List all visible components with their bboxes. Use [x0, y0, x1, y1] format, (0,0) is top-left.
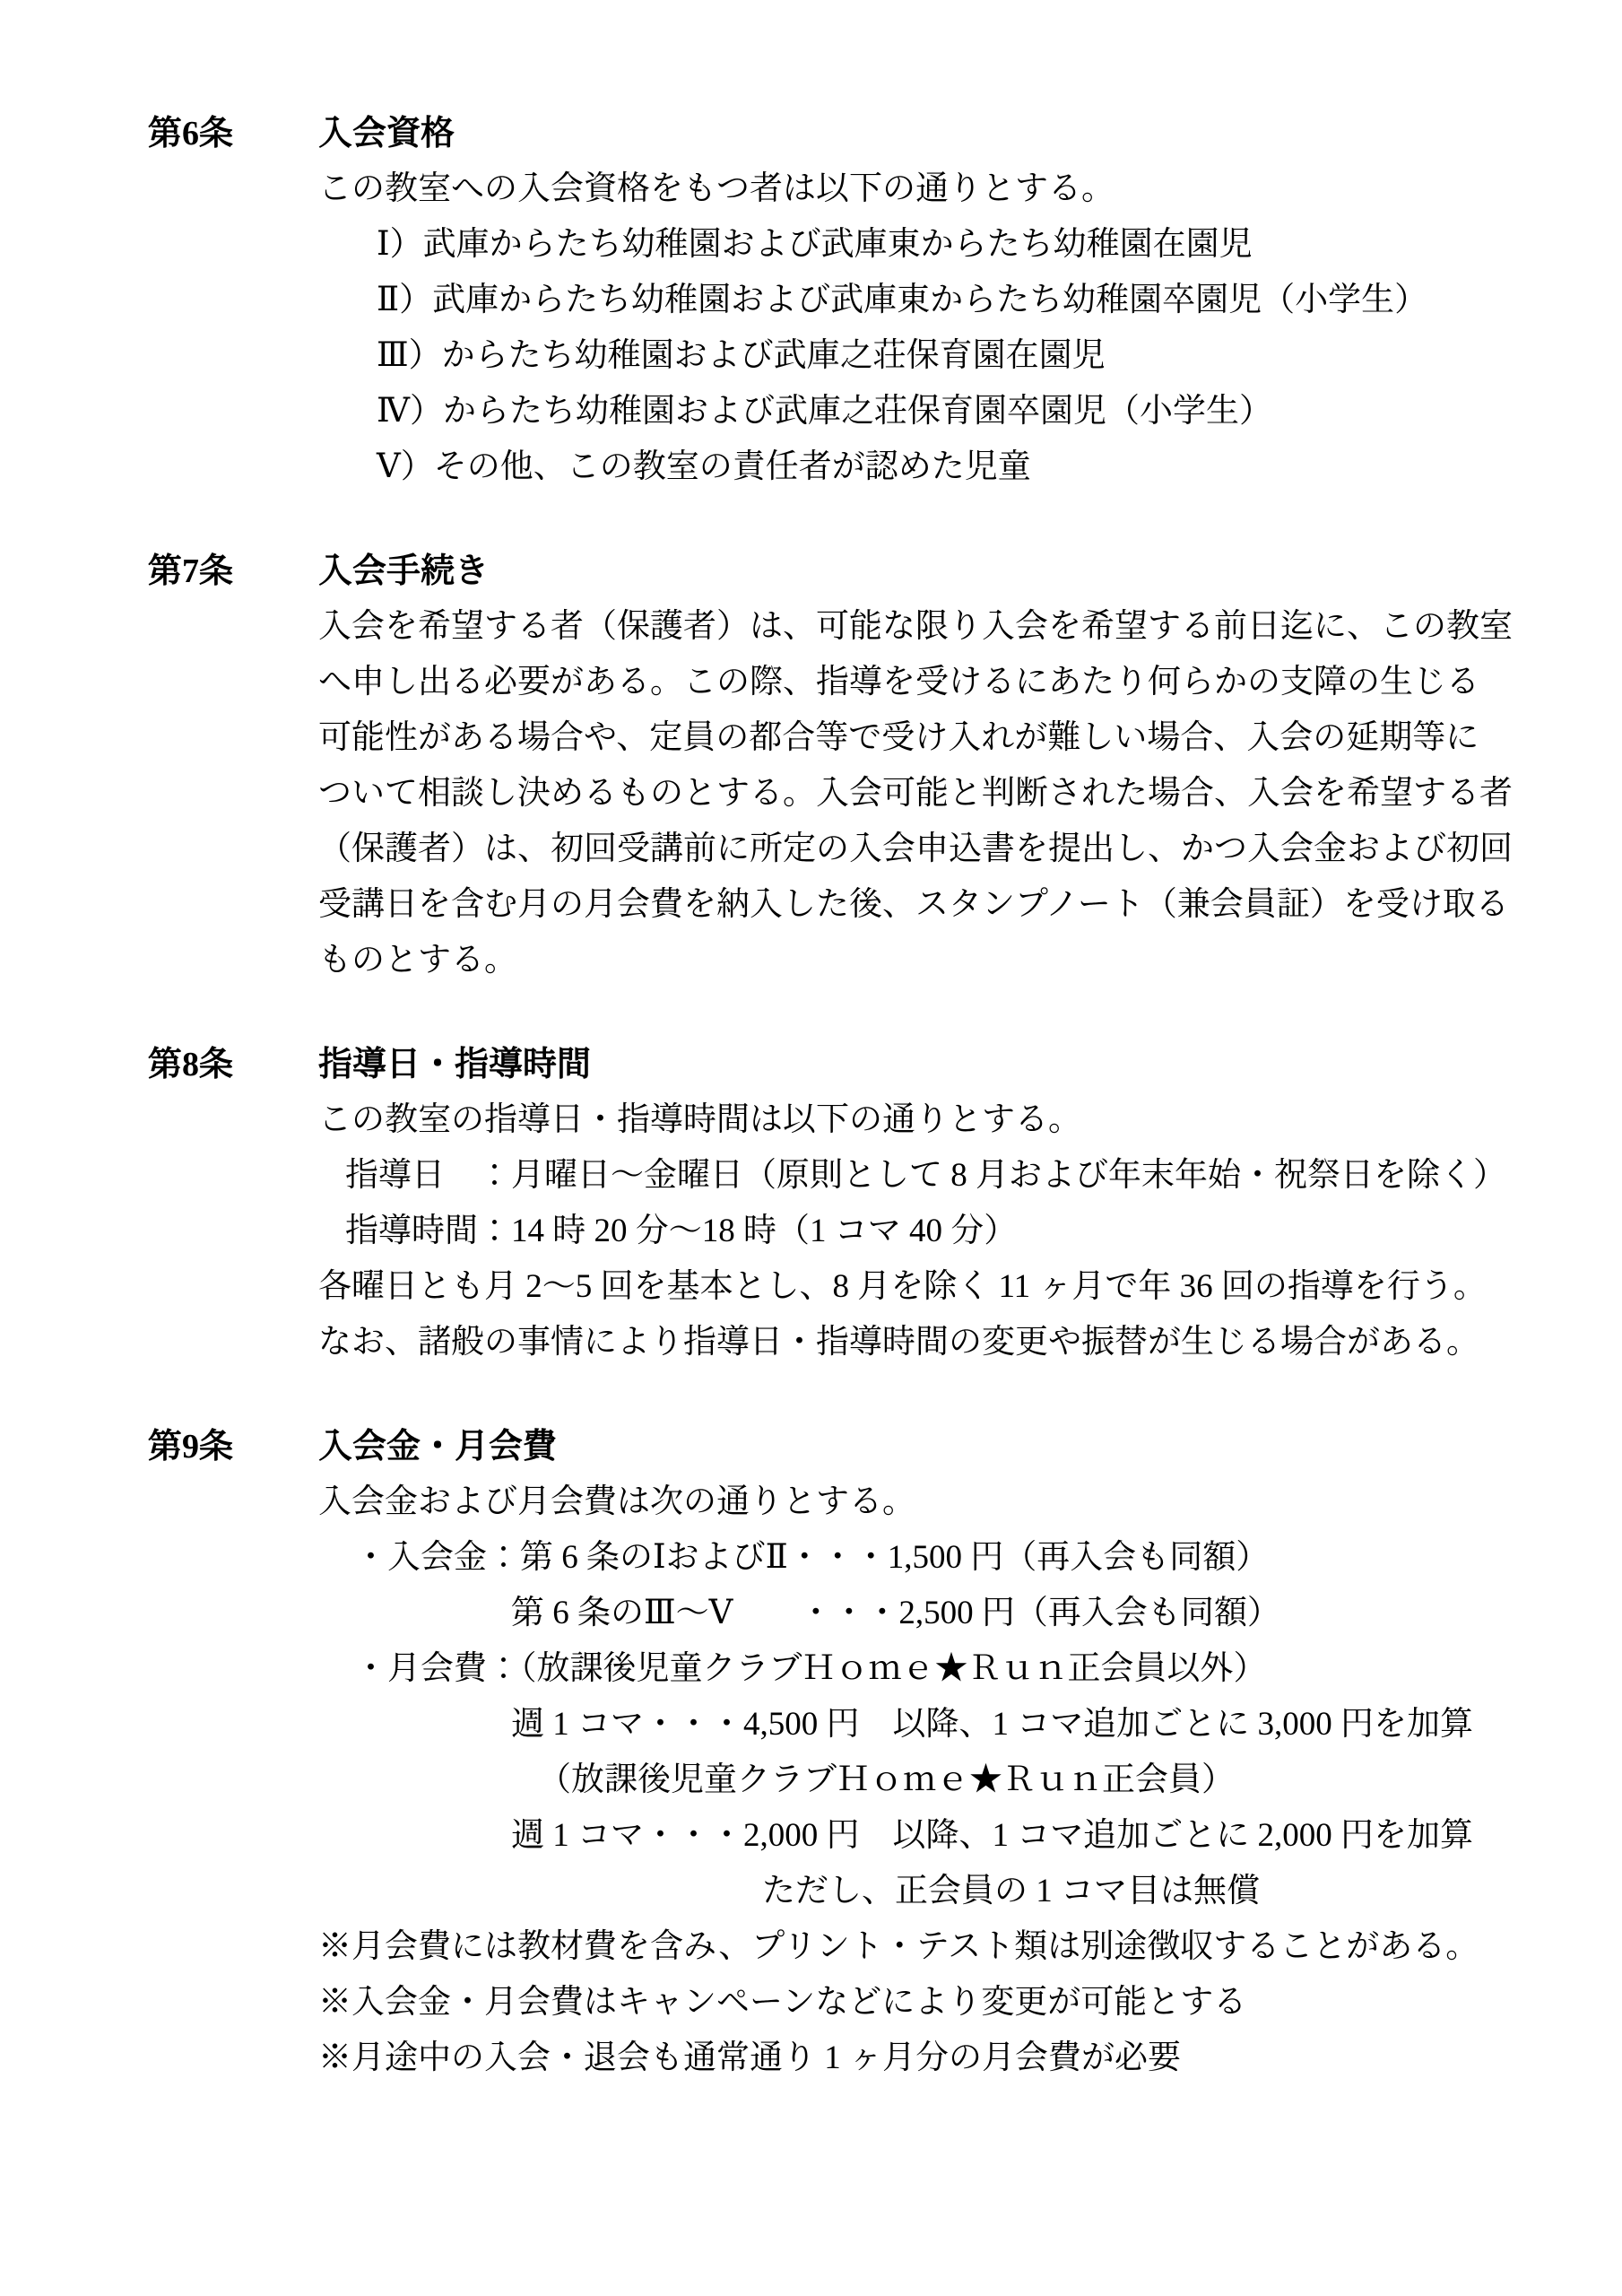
monthly-fee-nonmember-rate: 週 1 コマ・・・4,500 円 以降、1 コマ追加ごとに 3,000 円を加算 — [511, 1697, 1532, 1752]
article-7-number: 第7条 — [148, 544, 318, 599]
admission-fee-line-2: 第 6 条のⅢ～Ⅴ ・・・2,500 円（再入会も同額） — [511, 1586, 1532, 1641]
eligibility-item-5: Ⅴ）その他、この教室の責任者が認めた児童 — [377, 439, 1532, 495]
article-7-title: 入会手続き — [318, 544, 1532, 599]
article-8: 第8条 指導日・指導時間 この教室の指導日・指導時間は以下の通りとする。 指導日… — [148, 1037, 1532, 1370]
procedure-line-3: 可能性がある場合や、定員の都合等で受け入れが難しい場合、入会の延期等に — [318, 710, 1532, 766]
monthly-fee-nonmember-header: ・月会費：（放課後児童クラブＨｏｍｅ★Ｒｕｎ正会員以外） — [354, 1641, 1532, 1697]
procedure-line-2: へ申し出る必要がある。この際、指導を受けるにあたり何らかの支障の生じる — [318, 655, 1532, 710]
article-9: 第9条 入会金・月会費 入会金および月会費は次の通りとする。 ・入会金：第 6 … — [148, 1419, 1532, 2086]
article-7-body: 入会手続き 入会を希望する者（保護者）は、可能な限り入会を希望する前日迄に、この… — [318, 544, 1532, 988]
article-8-number: 第8条 — [148, 1037, 318, 1092]
document-page: 第6条 入会資格 この教室への入会資格をもつ者は以下の通りとする。 Ⅰ）武庫から… — [0, 0, 1622, 2296]
article-9-number: 第9条 — [148, 1419, 318, 1474]
article-6-number: 第6条 — [148, 106, 318, 161]
schedule-hours: 指導時間：14 時 20 分～18 時（1 コマ 40 分） — [345, 1204, 1532, 1259]
procedure-line-4: ついて相談し決めるものとする。入会可能と判断された場合、入会を希望する者 — [318, 766, 1532, 822]
schedule-days: 指導日 ：月曜日～金曜日（原則として 8 月および年末年始・祝祭日を除く） — [345, 1148, 1532, 1204]
eligibility-item-1: Ⅰ）武庫からたち幼稚園および武庫東からたち幼稚園在園児 — [377, 217, 1532, 273]
article-6-intro: この教室への入会資格をもつ者は以下の通りとする。 — [318, 161, 1532, 217]
schedule-frequency: 各曜日とも月 2～5 回を基本とし、8 月を除く 11 ヶ月で年 36 回の指導… — [318, 1259, 1532, 1315]
article-8-title: 指導日・指導時間 — [318, 1037, 1532, 1092]
fee-note-midmonth: ※月途中の入会・退会も通常通り 1 ヶ月分の月会費が必要 — [318, 2031, 1532, 2086]
article-8-body: 指導日・指導時間 この教室の指導日・指導時間は以下の通りとする。 指導日 ：月曜… — [318, 1037, 1532, 1370]
eligibility-item-4: Ⅳ）からたち幼稚園および武庫之荘保育園卒園児（小学生） — [377, 384, 1532, 439]
fee-note-campaign: ※入会金・月会費はキャンペーンなどにより変更が可能とする — [318, 1975, 1532, 2031]
article-7: 第7条 入会手続き 入会を希望する者（保護者）は、可能な限り入会を希望する前日迄… — [148, 544, 1532, 988]
fee-note-materials: ※月会費には教材費を含み、プリント・テスト類は別途徴収することがある。 — [318, 1919, 1532, 1975]
monthly-fee-member-rate: 週 1 コマ・・・2,000 円 以降、1 コマ追加ごとに 2,000 円を加算 — [511, 1808, 1532, 1864]
article-9-title: 入会金・月会費 — [318, 1419, 1532, 1474]
article-6-title: 入会資格 — [318, 106, 1532, 161]
procedure-line-5: （保護者）は、初回受講前に所定の入会申込書を提出し、かつ入会金および初回 — [318, 822, 1532, 877]
schedule-change-note: なお、諸般の事情により指導日・指導時間の変更や振替が生じる場合がある。 — [318, 1315, 1532, 1370]
article-6: 第6条 入会資格 この教室への入会資格をもつ者は以下の通りとする。 Ⅰ）武庫から… — [148, 106, 1532, 495]
admission-fee-line-1: ・入会金：第 6 条のⅠおよびⅡ・・・1,500 円（再入会も同額） — [354, 1530, 1532, 1586]
procedure-line-6: 受講日を含む月の月会費を納入した後、スタンプノート（兼会員証）を受け取る — [318, 877, 1532, 933]
eligibility-item-3: Ⅲ）からたち幼稚園および武庫之荘保育園在園児 — [377, 328, 1532, 384]
schedule-intro: この教室の指導日・指導時間は以下の通りとする。 — [318, 1092, 1532, 1148]
procedure-line-7: ものとする。 — [318, 933, 1532, 988]
monthly-fee-member-free-note: ただし、正会員の 1 コマ目は無償 — [762, 1864, 1532, 1919]
eligibility-item-2: Ⅱ）武庫からたち幼稚園および武庫東からたち幼稚園卒園児（小学生） — [377, 273, 1532, 328]
fees-intro: 入会金および月会費は次の通りとする。 — [318, 1474, 1532, 1530]
procedure-line-1: 入会を希望する者（保護者）は、可能な限り入会を希望する前日迄に、この教室 — [318, 599, 1532, 655]
article-9-body: 入会金・月会費 入会金および月会費は次の通りとする。 ・入会金：第 6 条のⅠお… — [318, 1419, 1532, 2086]
article-6-body: 入会資格 この教室への入会資格をもつ者は以下の通りとする。 Ⅰ）武庫からたち幼稚… — [318, 106, 1532, 495]
monthly-fee-member-header: （放課後児童クラブＨｏｍｅ★Ｒｕｎ正会員） — [538, 1752, 1532, 1808]
